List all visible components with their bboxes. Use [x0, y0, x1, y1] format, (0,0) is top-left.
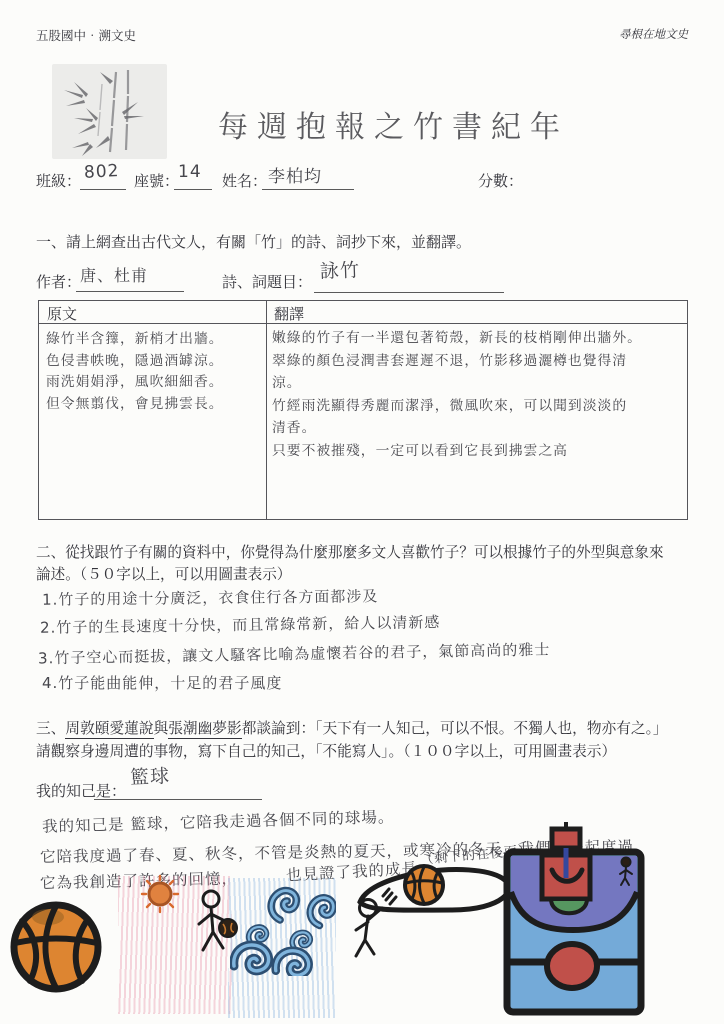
sun-drawing	[138, 872, 182, 916]
class-label: 班級：	[36, 170, 81, 191]
score-label: 分數：	[478, 170, 523, 191]
section2-answer-4: 4.竹子能曲能伸，十足的君子風度	[42, 672, 282, 693]
table-column-divider	[266, 301, 267, 519]
section2-answer-1: 1.竹子的用途十分廣泛，衣食住行各方面都涉及	[42, 585, 379, 610]
translation-column-header: 翻譯	[274, 303, 304, 324]
section3-lead: 三、	[36, 721, 65, 737]
class-value: 802	[84, 161, 120, 183]
name-value: 李柏均	[268, 162, 322, 187]
name-underline	[262, 189, 354, 190]
section3-quote: 都談論到：「天下有一人知己，可以不恨。不獨人也，物亦有之。」	[242, 721, 668, 737]
poem-translation-handwriting: 嫩綠的竹子有一半還包著筍殼，新長的枝梢剛伸出牆外。 翠綠的顏色浸潤書套遲遲不退，…	[272, 327, 682, 462]
basketball-drawing	[8, 899, 104, 995]
section2-answer-2: 2.竹子的生長速度十分快，而且常綠常新，給人以清新感	[40, 611, 441, 638]
section3-conj: 與	[154, 721, 169, 737]
name-label: 姓名：	[222, 170, 267, 191]
center-circle	[547, 944, 597, 988]
original-column-header: 原文	[47, 303, 77, 324]
poem-title-value: 詠竹	[320, 255, 361, 283]
essay-line-1: 我的知己是 籃球，它陪我走過各個不同的球場。	[42, 805, 395, 837]
poem-title-underline	[314, 292, 504, 293]
seat-value: 14	[178, 162, 202, 182]
section3-book1: 周敦頤愛蓮說	[65, 721, 153, 739]
poem-title-label: 詩、詞題目：	[222, 271, 312, 292]
header-series: 尋根在地文史	[619, 26, 688, 42]
bamboo-ink-illustration	[52, 64, 167, 159]
confidant-underline	[94, 799, 262, 800]
scanned-worksheet: 五股國中‧溯文史 尋根在地文史 每週抱報之竹書紀年 班級： 802 座號： 14	[0, 0, 724, 1024]
table-header-row	[39, 301, 687, 324]
section3-book2: 張潮幽夢影	[168, 721, 241, 739]
confidant-label: 我的知己是：	[36, 780, 126, 801]
section2-prompt-line2: 論述。（５０字以上，可以用圖畫表示）	[36, 563, 291, 584]
page-title: 每週抱報之竹書紀年	[218, 102, 569, 146]
poem-original-handwriting: 綠竹半含籜，新梢才出牆。 色侵書帙晚，隱過酒罅涼。 雨洗娟娟淨，風吹細細香。 但…	[46, 329, 260, 415]
hoop-backboard	[552, 829, 580, 848]
basketball-court-drawing	[497, 822, 649, 1018]
class-underline	[80, 189, 126, 190]
section1-prompt: 一、請上網查出古代文人，有關「竹」的詩、詞抄下來，並翻譯。	[36, 231, 471, 252]
author-label: 作者：	[36, 271, 81, 292]
header-school: 五股國中‧溯文史	[36, 26, 136, 44]
bamboo-icon	[52, 64, 167, 159]
section3-prompt-line1: 三、周敦頤愛蓮說與張潮幽夢影都談論到：「天下有一人知己，可以不恨。不獨人也，物亦…	[36, 717, 704, 738]
seat-label: 座號：	[134, 170, 179, 191]
wind-waves-drawing	[230, 884, 336, 976]
free-throw-semicircle	[551, 899, 587, 913]
confidant-value: 籃球	[130, 761, 171, 789]
section3-prompt-line2: 請觀察身邊周遭的事物，寫下自己的知己，「不能寫人」。（１００字以上，可用圖畫表示…	[36, 740, 616, 761]
author-value: 唐、杜甫	[80, 263, 148, 286]
section2-answer-3: 3.竹子空心而挺拔，讓文人騷客比喻為虛懷若谷的君子，氣節高尚的雅士	[38, 639, 551, 669]
seat-underline	[174, 189, 212, 190]
author-underline	[76, 291, 184, 292]
section2-prompt-line1: 二、從找跟竹子有關的資料中，你覺得為什麼那麼多文人喜歡竹子？可以根據竹子的外型與…	[36, 541, 664, 562]
poem-table: 原文 翻譯 綠竹半含籜，新梢才出牆。 色侵書帙晚，隱過酒罅涼。 雨洗娟娟淨，風吹…	[38, 300, 688, 520]
